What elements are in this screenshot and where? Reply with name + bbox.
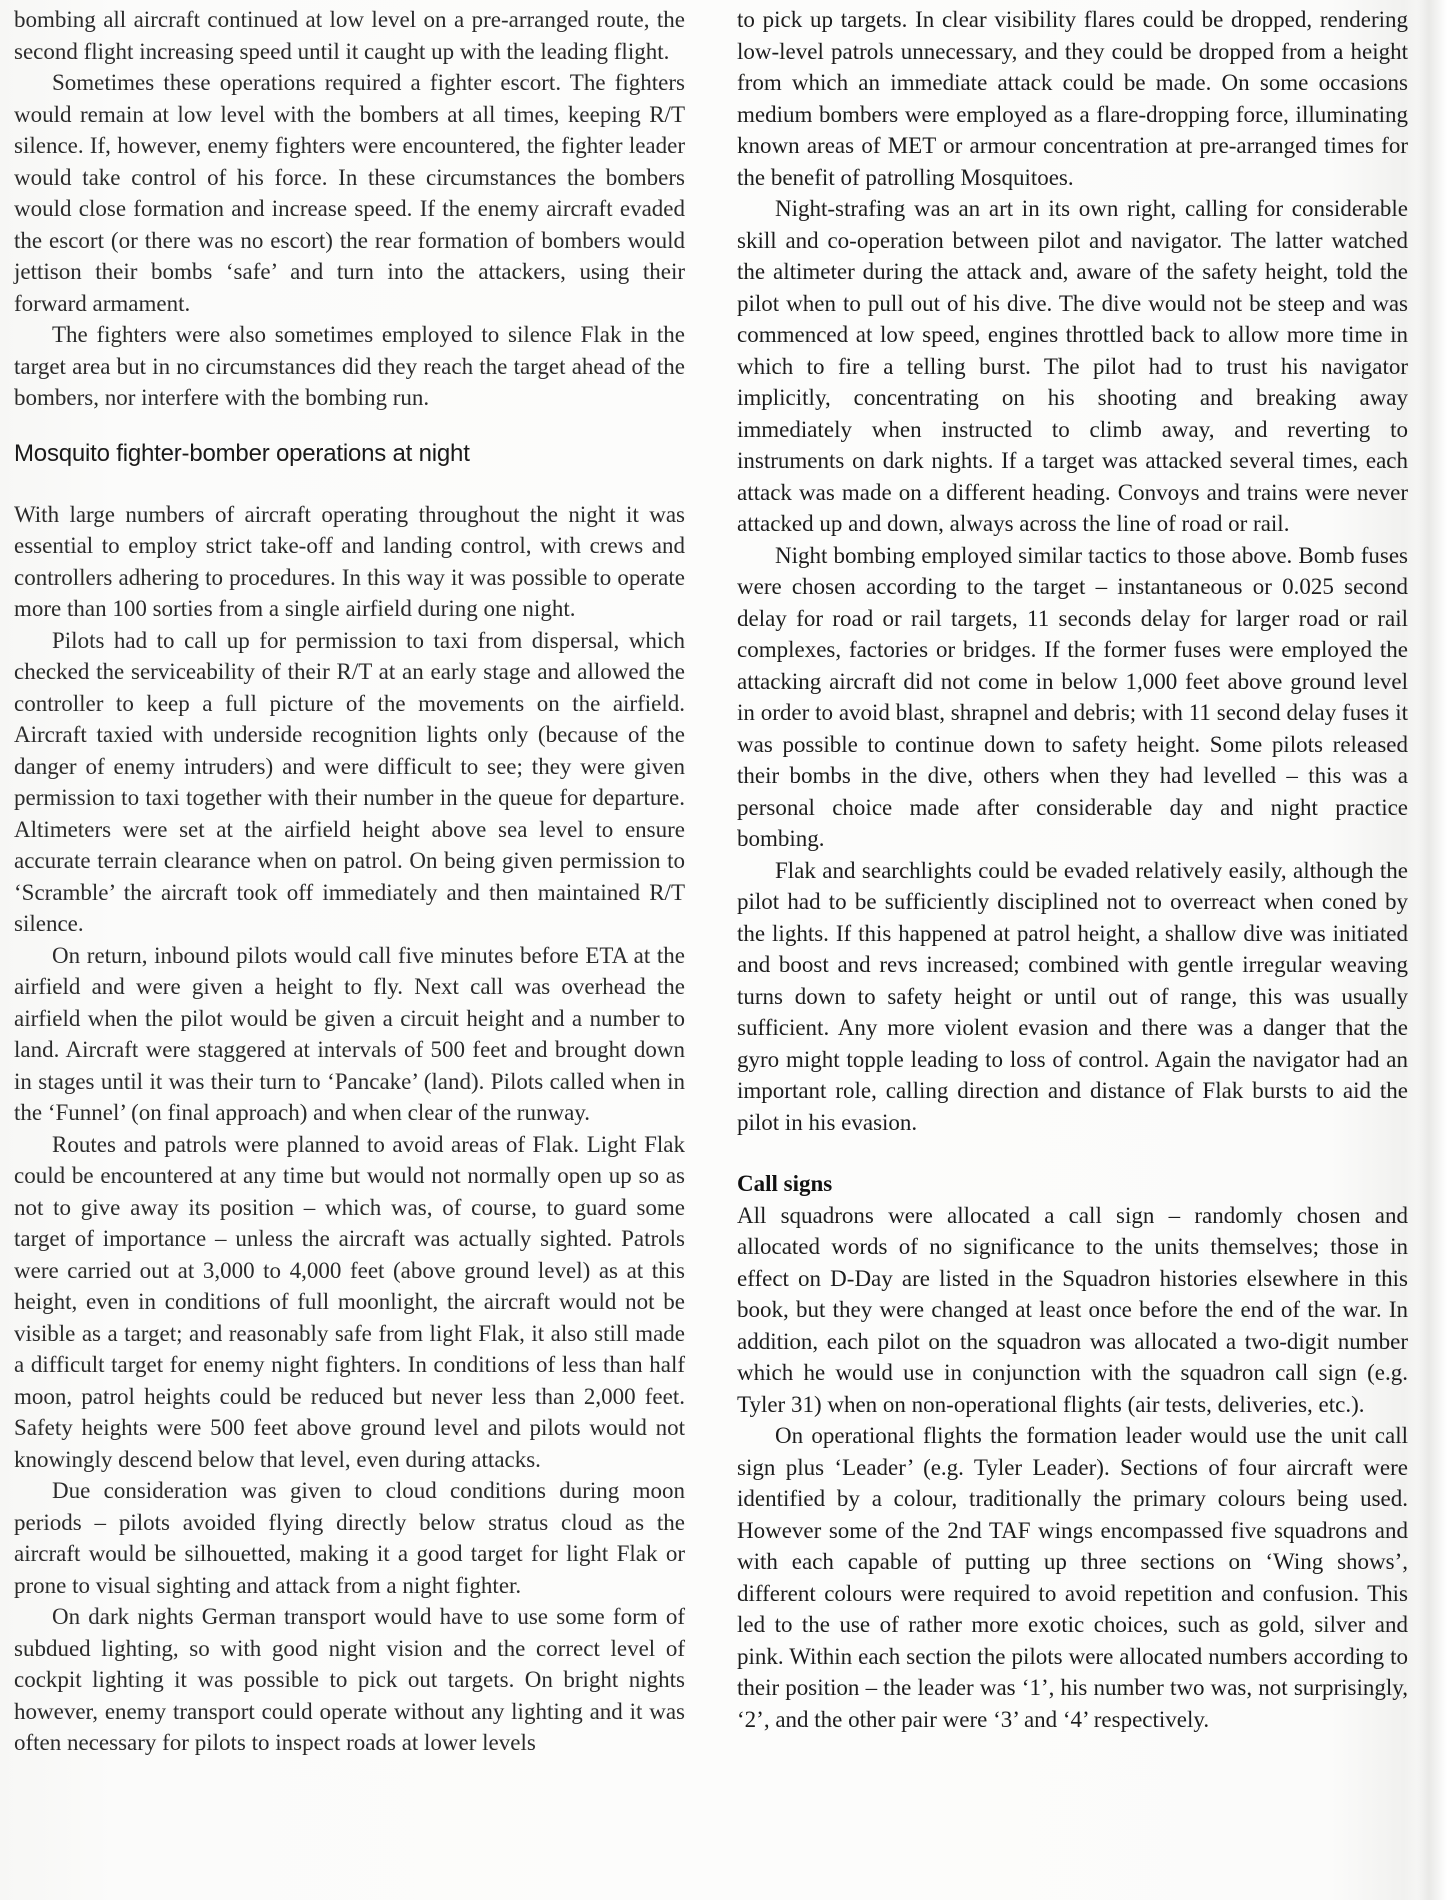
page-edge-shadow — [1417, 0, 1447, 1900]
paragraph: Due consideration was given to cloud con… — [14, 1475, 685, 1601]
paragraph: bombing all aircraft continued at low le… — [14, 4, 685, 67]
paragraph: Routes and patrols were planned to avoid… — [14, 1129, 685, 1476]
paragraph: Night bombing employed similar tactics t… — [737, 540, 1408, 855]
paragraph: Flak and searchlights could be evaded re… — [737, 855, 1408, 1139]
section-heading-mosquito-night-ops: Mosquito fighter-bomber operations at ni… — [14, 438, 685, 469]
paragraph: Pilots had to call up for permission to … — [14, 625, 685, 940]
paragraph: On dark nights German transport would ha… — [14, 1601, 685, 1759]
paragraph: to pick up targets. In clear visibility … — [737, 4, 1408, 193]
left-column: bombing all aircraft continued at low le… — [14, 4, 685, 1759]
paragraph: Night-strafing was an art in its own rig… — [737, 193, 1408, 540]
paragraph: The fighters were also sometimes employe… — [14, 319, 685, 414]
paragraph: On operational flights the formation lea… — [737, 1420, 1408, 1735]
section-heading-call-signs: Call signs — [737, 1168, 1408, 1200]
paragraph: All squadrons were allocated a call sign… — [737, 1200, 1408, 1421]
right-column: to pick up targets. In clear visibility … — [737, 4, 1408, 1735]
paragraph: With large numbers of aircraft operating… — [14, 499, 685, 625]
paragraph: Sometimes these operations required a fi… — [14, 67, 685, 319]
book-page: bombing all aircraft continued at low le… — [0, 0, 1447, 1900]
paragraph: On return, inbound pilots would call fiv… — [14, 940, 685, 1129]
